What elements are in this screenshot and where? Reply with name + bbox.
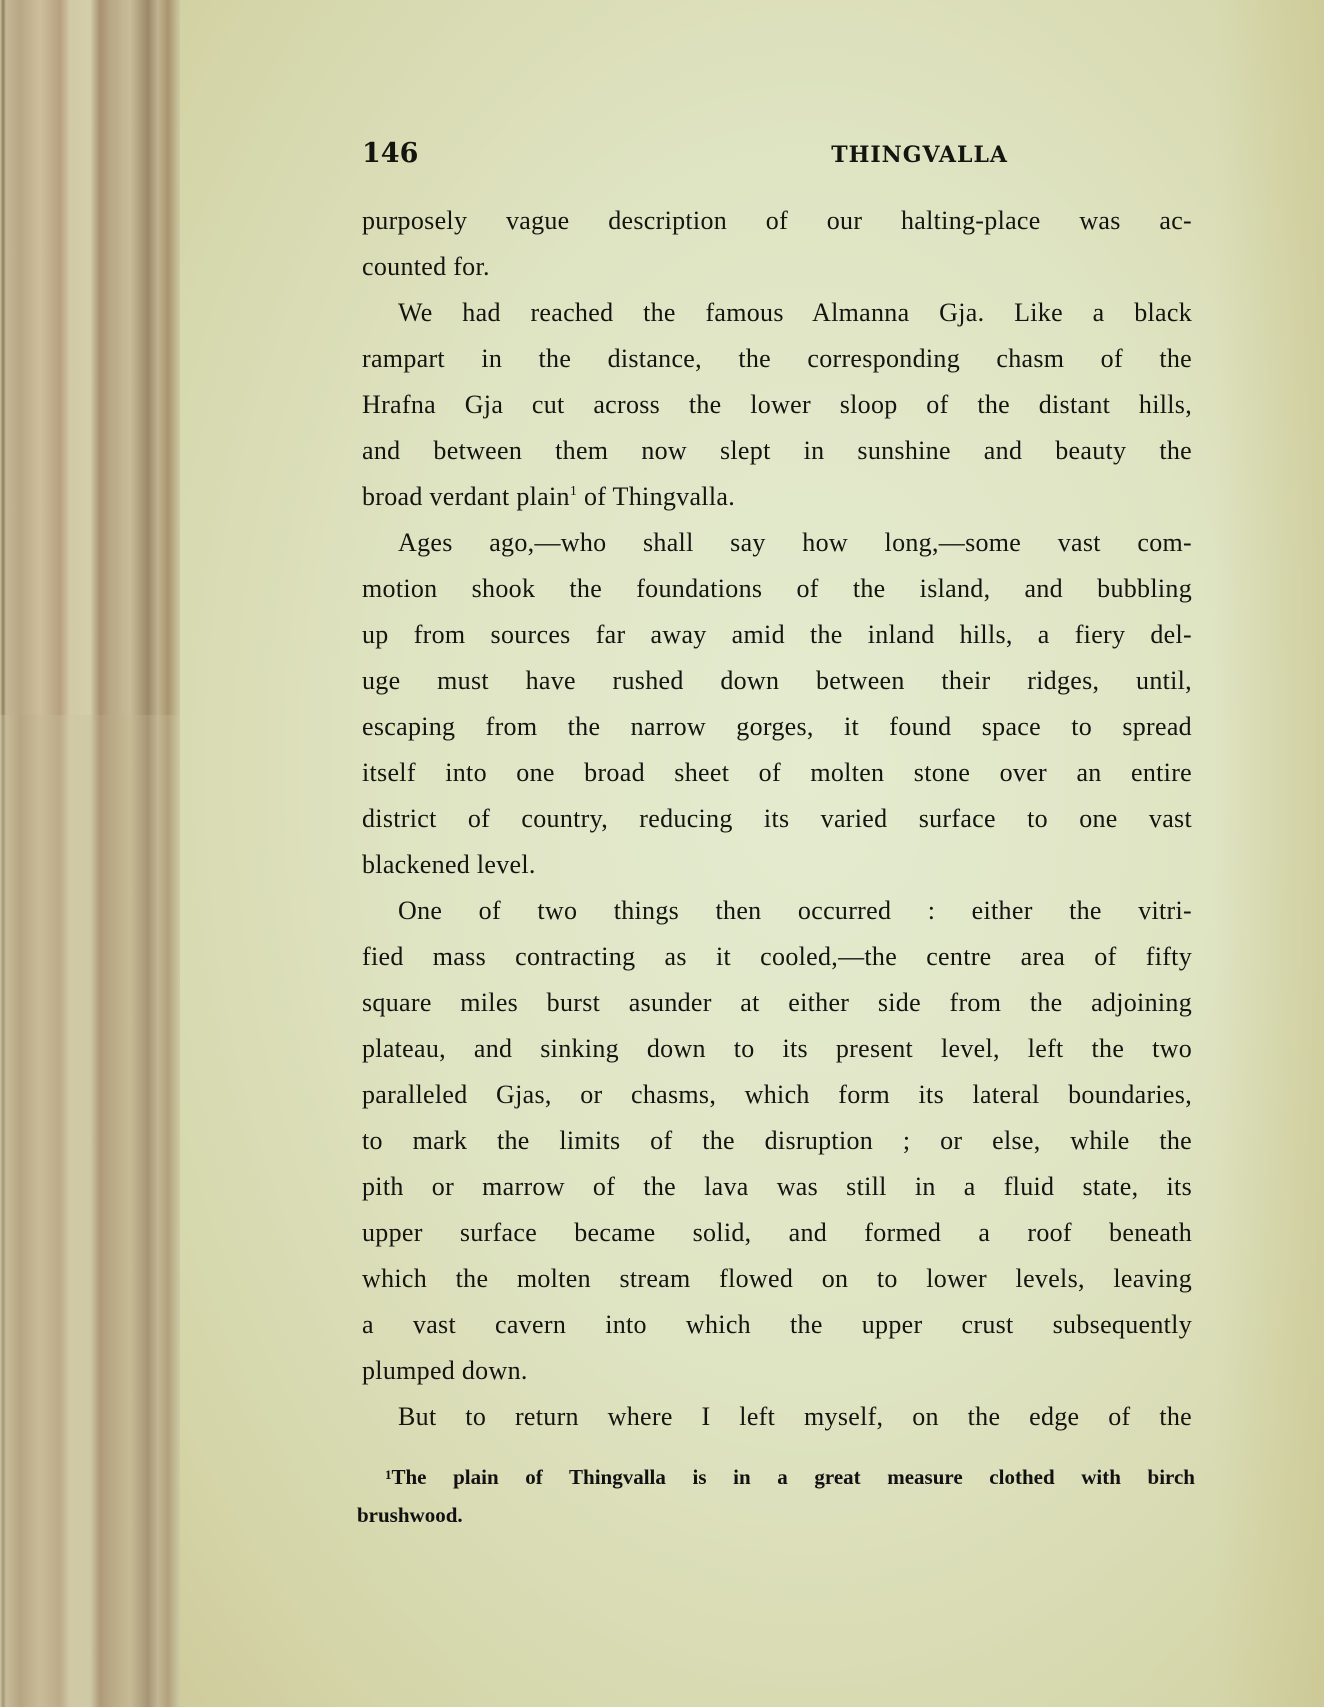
text-line-content: counted for. [362,252,490,281]
text-line-content: blackened level. [362,850,536,879]
text-line: counted for. [362,244,1192,290]
text-line-content: escaping from the narrow gorges, it foun… [362,712,1192,741]
text-line-content: pith or marrow of the lava was still in … [362,1172,1192,1201]
body-text: purposely vague description of our halti… [362,198,1192,1440]
footnote: 1The plain of Thingvalla is in a great m… [357,1455,1195,1535]
text-line: uge must have rushed down between their … [362,658,1192,704]
text-line: district of country, reducing its varied… [362,796,1192,842]
text-line: motion shook the foundations of the isla… [362,566,1192,612]
text-line-content: which the molten stream flowed on to low… [362,1264,1192,1293]
text-line: to mark the limits of the disruption ; o… [362,1118,1192,1164]
text-line: But to return where I left myself, on th… [362,1394,1192,1440]
text-line-content: But to return where I left myself, on th… [398,1402,1192,1431]
text-line: and between them now slept in sunshine a… [362,428,1192,474]
text-line: purposely vague description of our halti… [362,198,1192,244]
text-line-content: plateau, and sinking down to its present… [362,1034,1192,1063]
text-line: plumped down. [362,1348,1192,1394]
text-line: square miles burst asunder at either sid… [362,980,1192,1026]
footnote-text: The plain of Thingvalla is in a great me… [392,1465,1196,1489]
text-line-content: district of country, reducing its varied… [362,804,1192,833]
text-line-content: Ages ago,—who shall say how long,—some v… [398,528,1192,557]
text-line: up from sources far away amid the inland… [362,612,1192,658]
text-line: itself into one broad sheet of molten st… [362,750,1192,796]
text-line: pith or marrow of the lava was still in … [362,1164,1192,1210]
text-line: escaping from the narrow gorges, it foun… [362,704,1192,750]
running-head: 146 THINGVALLA [362,138,1190,170]
text-line: paralleled Gjas, or chasms, which form i… [362,1072,1192,1118]
text-line-content: motion shook the foundations of the isla… [362,574,1192,603]
text-line: Hrafna Gja cut across the lower sloop of… [362,382,1192,428]
text-line-content: to mark the limits of the disruption ; o… [362,1126,1192,1155]
text-line-content: of Thingvalla. [577,482,735,511]
text-line: One of two things then occurred : either… [362,888,1192,934]
text-line: Ages ago,—who shall say how long,—some v… [362,520,1192,566]
text-line-content: We had reached the famous Almanna Gja. L… [398,298,1192,327]
text-line-content: rampart in the distance, the correspondi… [362,344,1192,373]
text-line: plateau, and sinking down to its present… [362,1026,1192,1072]
footnote-line: 1The plain of Thingvalla is in a great m… [357,1455,1195,1495]
text-line-content: and between them now slept in sunshine a… [362,436,1192,465]
stacked-page-edges [0,0,180,1707]
text-line-content: a vast cavern into which the upper crust… [362,1310,1192,1339]
footnote-line: brushwood. [357,1495,1195,1535]
text-line: rampart in the distance, the correspondi… [362,336,1192,382]
text-line: which the molten stream flowed on to low… [362,1256,1192,1302]
text-line-content: broad verdant plain [362,482,570,511]
text-line-content: fied mass contracting as it cooled,—the … [362,942,1192,971]
text-line-content: purposely vague description of our halti… [362,206,1192,235]
text-line: upper surface became solid, and formed a… [362,1210,1192,1256]
text-line-content: One of two things then occurred : either… [398,896,1192,925]
text-line-content: square miles burst asunder at either sid… [362,988,1192,1017]
text-line: We had reached the famous Almanna Gja. L… [362,290,1192,336]
text-line: blackened level. [362,842,1192,888]
text-line-content: up from sources far away amid the inland… [362,620,1192,649]
text-line: a vast cavern into which the upper crust… [362,1302,1192,1348]
text-line: broad verdant plain1 of Thingvalla. [362,474,1192,520]
text-line-content: upper surface became solid, and formed a… [362,1218,1192,1247]
text-line: fied mass contracting as it cooled,—the … [362,934,1192,980]
footnote-text: brushwood. [357,1503,463,1527]
chapter-title: THINGVALLA [362,142,1008,168]
text-line-content: uge must have rushed down between their … [362,666,1192,695]
text-line-content: Hrafna Gja cut across the lower sloop of… [362,390,1192,419]
text-line-content: itself into one broad sheet of molten st… [362,758,1192,787]
text-line-content: paralleled Gjas, or chasms, which form i… [362,1080,1192,1109]
text-line-content: plumped down. [362,1356,528,1385]
